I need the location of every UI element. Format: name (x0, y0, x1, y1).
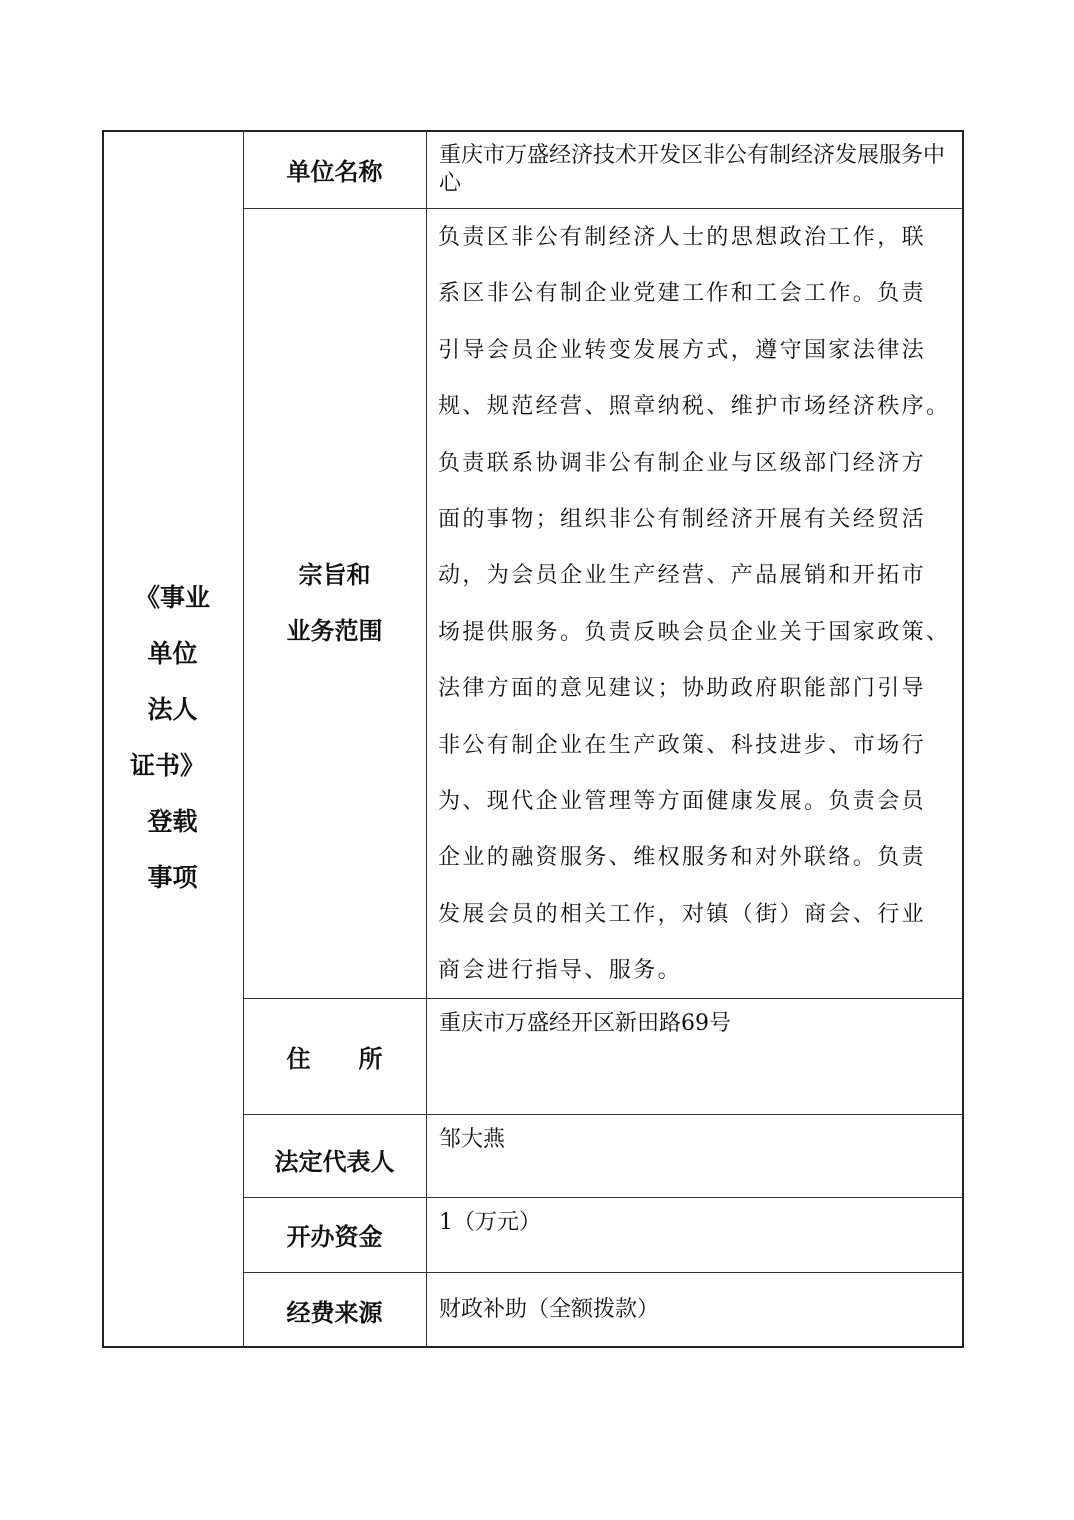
scope-line: 场提供服务。负责反映会员企业关于国家政策、 (438, 605, 958, 661)
legal-rep-value: 邹大燕 (426, 1114, 964, 1197)
section-label: 《事业 单位 法人 证书》 登载 事项 (102, 570, 243, 906)
capital-value: 1（万元） (426, 1197, 964, 1272)
purpose-scope-label: 宗旨和 业务范围 (243, 547, 426, 659)
section-label-line: 法人 (102, 682, 243, 738)
scope-line: 面的事物；组织非公有制经济开展有关经贸活 (438, 492, 958, 548)
scope-line: 为、现代企业管理等方面健康发展。负责会员 (438, 774, 958, 830)
scope-line: 发展会员的相关工作，对镇（街）商会、行业 (438, 887, 958, 943)
section-label-line: 登载 (102, 794, 243, 850)
scope-line: 规、规范经营、照章纳税、维护市场经济秩序。 (438, 379, 958, 435)
purpose-scope-label-line: 业务范围 (243, 603, 426, 659)
funding-value: 财政补助（全额拨款） (426, 1272, 964, 1348)
section-label-line: 单位 (102, 626, 243, 682)
address-label: 住 所 (243, 998, 426, 1114)
scope-line: 商会进行指导、服务。 (438, 943, 958, 999)
scope-line: 企业的融资服务、维权服务和对外联络。负责 (438, 830, 958, 886)
registration-table: 《事业 单位 法人 证书》 登载 事项 单位名称 重庆市万盛经济技术开发区非公有… (102, 130, 964, 1348)
legal-rep-label: 法定代表人 (243, 1114, 426, 1197)
purpose-scope-value: 负责区非公有制经济人士的思想政治工作，联 系区非公有制企业党建工作和工会工作。负… (426, 210, 964, 998)
scope-line: 非公有制企业在生产政策、科技进步、市场行 (438, 718, 958, 774)
capital-label: 开办资金 (243, 1197, 426, 1272)
purpose-scope-label-line: 宗旨和 (243, 547, 426, 603)
scope-line: 负责区非公有制经济人士的思想政治工作，联 (438, 210, 958, 266)
section-label-line: 《事业 (102, 570, 243, 626)
unit-name-label: 单位名称 (243, 130, 426, 208)
scope-line: 系区非公有制企业党建工作和工会工作。负责 (438, 266, 958, 322)
unit-name-value: 重庆市万盛经济技术开发区非公有制经济发展服务中心 (426, 130, 964, 208)
row-divider (243, 208, 964, 209)
section-label-line: 证书》 (92, 738, 243, 794)
scope-line: 动，为会员企业生产经营、产品展销和开拓市 (438, 548, 958, 604)
scope-line: 引导会员企业转变发展方式，遵守国家法律法 (438, 323, 958, 379)
scope-line: 法律方面的意见建议；协助政府职能部门引导 (438, 661, 958, 717)
section-label-line: 事项 (102, 850, 243, 906)
scope-line: 负责联系协调非公有制企业与区级部门经济方 (438, 436, 958, 492)
funding-label: 经费来源 (243, 1272, 426, 1348)
address-value: 重庆市万盛经开区新田路69号 (426, 998, 964, 1114)
